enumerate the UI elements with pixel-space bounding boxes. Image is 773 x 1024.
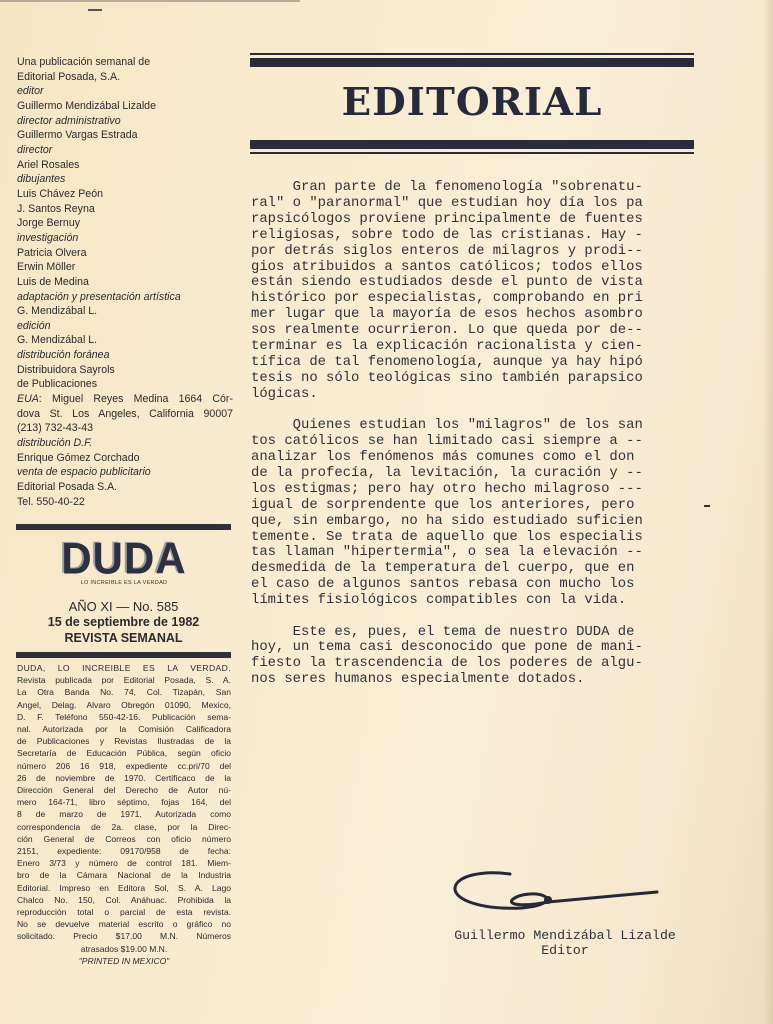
credit-line: Editorial Posada, S.A. bbox=[17, 70, 233, 85]
text-line: histórico por especialistas, comprobando… bbox=[251, 291, 701, 307]
page-edge-shadow bbox=[763, 0, 773, 1024]
legal-line: solicitado. Precio $17.00 M.N. Números bbox=[17, 930, 231, 942]
text-line: lógicas. bbox=[251, 387, 701, 403]
credit-line: J. Santos Reyna bbox=[17, 202, 233, 217]
text-line: hoy, un tema casi desconocido que pone d… bbox=[251, 640, 701, 656]
credit-role: edición bbox=[17, 319, 233, 334]
text-line: tífica de tal fenomenología, aunque ya h… bbox=[251, 355, 701, 371]
credit-line: Tel. 550-40-22 bbox=[17, 495, 233, 510]
editorial-paragraph: Quienes estudian los "milagros" de los s… bbox=[251, 418, 701, 609]
text-line: ral" o "paranormal" que estudian hoy día… bbox=[251, 196, 701, 212]
signature-block: Guillermo Mendizábal Lizalde Editor bbox=[420, 928, 710, 958]
credit-line: Guillermo Mendizábal Lizalde bbox=[17, 99, 233, 114]
masthead-credits: Una publicación semanal deEditorial Posa… bbox=[17, 55, 233, 509]
text-line: que, sin embargo, no ha sido estudiado s… bbox=[251, 514, 701, 530]
credit-role: adaptación y presentación artística bbox=[17, 290, 233, 305]
legal-line: correspondencia de 2a. clase, por la Dir… bbox=[17, 821, 231, 833]
masthead-divider-bottom bbox=[16, 652, 231, 658]
text-line: igual de sorprendente que los anteriores… bbox=[251, 498, 701, 514]
text-line: desmedida de la temperatura del cuerpo, … bbox=[251, 561, 701, 577]
text-line: Gran parte de la fenomenología "sobrenat… bbox=[251, 180, 701, 196]
credit-line: dova St. Los Angeles, California 90007 bbox=[17, 407, 233, 422]
credit-line: Luis de Medina bbox=[17, 275, 233, 290]
signer-name: Guillermo Mendizábal Lizalde bbox=[420, 928, 710, 943]
back-issue-price: atrasados $19.00 M.N. bbox=[17, 943, 231, 955]
credit-role: distribución D.F. bbox=[17, 436, 233, 451]
title-rule-bottom-thick bbox=[250, 140, 694, 149]
text-line: tas llaman "hipertermia", o sea la eleva… bbox=[251, 545, 701, 561]
title-rule-top-thin bbox=[250, 53, 694, 55]
printed-in-label: "PRINTED IN MEXICO" bbox=[17, 955, 231, 967]
text-line: por detrás siglos enteros de milagros y … bbox=[251, 244, 701, 260]
legal-line: nal. Autorizada por la Comisión Califica… bbox=[17, 723, 231, 735]
credit-line: de Publicaciones bbox=[17, 377, 233, 392]
stray-mark bbox=[704, 505, 710, 507]
print-mark bbox=[88, 9, 102, 11]
credit-line: Editorial Posada S.A. bbox=[17, 480, 233, 495]
credit-line: Jorge Bernuy bbox=[17, 216, 233, 231]
legal-line: reproducción total o parcial de esta rev… bbox=[17, 906, 231, 918]
legal-line: DUDA, LO INCREIBLE ES LA VERDAD. bbox=[17, 662, 231, 674]
credit-line: Enrique Gómez Corchado bbox=[17, 451, 233, 466]
legal-line: Dirección General del Derecho de Autor n… bbox=[17, 784, 231, 796]
legal-line: La Otra Banda No. 74, Col. Tizapán, San bbox=[17, 686, 231, 698]
text-line: terminar es la explicación racionalista … bbox=[251, 339, 701, 355]
region-label: EUA bbox=[17, 393, 39, 405]
credit-line: EUA: Miguel Reyes Medina 1664 Cór- bbox=[17, 392, 233, 407]
editorial-title: EDITORIAL bbox=[246, 80, 699, 124]
credit-role: editor bbox=[17, 84, 233, 99]
text-line: temente. Se trata de aquello que los esp… bbox=[251, 530, 701, 546]
editorial-body: Gran parte de la fenomenología "sobrenat… bbox=[251, 180, 701, 704]
credit-line: Guillermo Vargas Estrada bbox=[17, 128, 233, 143]
legal-line: 26 de noviembre de 1970. Certificaco de … bbox=[17, 772, 231, 784]
text-line: el caso de algunos santos rebasa con muc… bbox=[251, 577, 701, 593]
masthead-divider-top bbox=[16, 524, 231, 530]
credit-line: G. Mendizábal L. bbox=[17, 304, 233, 319]
legal-line: bro de la Cámara Nacional de la Industri… bbox=[17, 869, 231, 881]
text-line: religiosas, sobre todo de las cristianas… bbox=[251, 228, 701, 244]
legal-line: Secretaría de Educación Pública, según o… bbox=[17, 747, 231, 759]
text-line: tos católicos se han limitado casi siemp… bbox=[251, 434, 701, 450]
page-edge-line bbox=[0, 0, 300, 2]
text-line: de la profecía, la levitación, la curaci… bbox=[251, 466, 701, 482]
credit-line: Erwin Möller bbox=[17, 260, 233, 275]
issue-date: 15 de septiembre de 1982 bbox=[16, 615, 231, 630]
text-line: fiesto la trascendencia de los poderes d… bbox=[251, 656, 701, 672]
editorial-paragraph: Gran parte de la fenomenología "sobrenat… bbox=[251, 180, 701, 403]
legal-line: Chalco No. 150, Col. Anáhuac. Prohibida … bbox=[17, 894, 231, 906]
issue-info: AÑO XI — No. 585 15 de septiembre de 198… bbox=[16, 599, 231, 646]
legal-line: número 206 16 918, expediente cc.pri/70 … bbox=[17, 760, 231, 772]
legal-line: de Publicaciones y Revistas Ilustradas d… bbox=[17, 735, 231, 747]
signature-scribble bbox=[452, 866, 664, 922]
credit-line: Distribuidora Sayrols bbox=[17, 363, 233, 378]
text-line: están siendo estudiados desde el punto d… bbox=[251, 275, 701, 291]
issue-volume: AÑO XI — No. 585 bbox=[16, 599, 231, 615]
duda-logo: DUDA LO INCREIBLE ES LA VERDAD bbox=[60, 538, 188, 586]
credit-role: director bbox=[17, 143, 233, 158]
text-line: límites fisiológicos compatibles con la … bbox=[251, 593, 701, 609]
title-rule-top-thick bbox=[250, 58, 694, 67]
logo-wordmark: DUDA bbox=[60, 537, 188, 581]
credit-line: Una publicación semanal de bbox=[17, 55, 233, 70]
legal-line: Angel, Delag. Alvaro Obregón 01090, Mexi… bbox=[17, 699, 231, 711]
legal-line: No se devuelve material escrito o gráfic… bbox=[17, 918, 231, 930]
credit-role: investigación bbox=[17, 231, 233, 246]
legal-line: ción General de Correos con oficio númer… bbox=[17, 833, 231, 845]
credit-line: Ariel Rosales bbox=[17, 158, 233, 173]
credit-role: venta de espacio publicitario bbox=[17, 465, 233, 480]
credit-role: distribución foránea bbox=[17, 348, 233, 363]
legal-line: 8 de marzo de 1971. Autorizada como bbox=[17, 808, 231, 820]
text-line: sos realmente ocurrieron. Lo que queda p… bbox=[251, 323, 701, 339]
text-line: gios atribuidos a santos católicos; todo… bbox=[251, 260, 701, 276]
text-line: mer lugar que la mayoría de esos hechos … bbox=[251, 307, 701, 323]
credit-role: director administrativo bbox=[17, 114, 233, 129]
legal-line: Editorial. Impreso en Editora Sol, S. A.… bbox=[17, 882, 231, 894]
text-line: Este es, pues, el tema de nuestro DUDA d… bbox=[251, 625, 701, 641]
legal-line: Revista publicada por Editorial Posada, … bbox=[17, 674, 231, 686]
text-line: analizar los fenómenos más comunes como … bbox=[251, 450, 701, 466]
legal-notice: DUDA, LO INCREIBLE ES LA VERDAD.Revista … bbox=[17, 662, 231, 967]
legal-line: Enero 3/73 y número de control 181. Miem… bbox=[17, 857, 231, 869]
issue-type: REVISTA SEMANAL bbox=[16, 630, 231, 646]
legal-line: D. F. Teléfono 550-42-16. Publicación se… bbox=[17, 711, 231, 723]
editorial-paragraph: Este es, pues, el tema de nuestro DUDA d… bbox=[251, 625, 701, 689]
credit-line: Patricia Olvera bbox=[17, 246, 233, 261]
text-line: los estigmas; pero hay otro hecho milagr… bbox=[251, 482, 701, 498]
legal-line: 2151, expediente: 09170/958 de fecha: bbox=[17, 845, 231, 857]
signer-role: Editor bbox=[420, 943, 710, 958]
text-line: tesis no sólo teológicas sino también pa… bbox=[251, 371, 701, 387]
credit-line: (213) 732-43-43 bbox=[17, 421, 233, 436]
text-line: Quienes estudian los "milagros" de los s… bbox=[251, 418, 701, 434]
legal-line: mero 164-71, libro séptimo, fojas 164, d… bbox=[17, 796, 231, 808]
title-rule-bottom-thin bbox=[250, 152, 694, 154]
text-line: rapsicólogos proviene principalmente de … bbox=[251, 212, 701, 228]
text-line: nos seres humanos especialmente dotados. bbox=[251, 672, 701, 688]
credit-line: Luis Chávez Peón bbox=[17, 187, 233, 202]
credit-role: dibujantes bbox=[17, 172, 233, 187]
credit-line: G. Mendizábal L. bbox=[17, 333, 233, 348]
